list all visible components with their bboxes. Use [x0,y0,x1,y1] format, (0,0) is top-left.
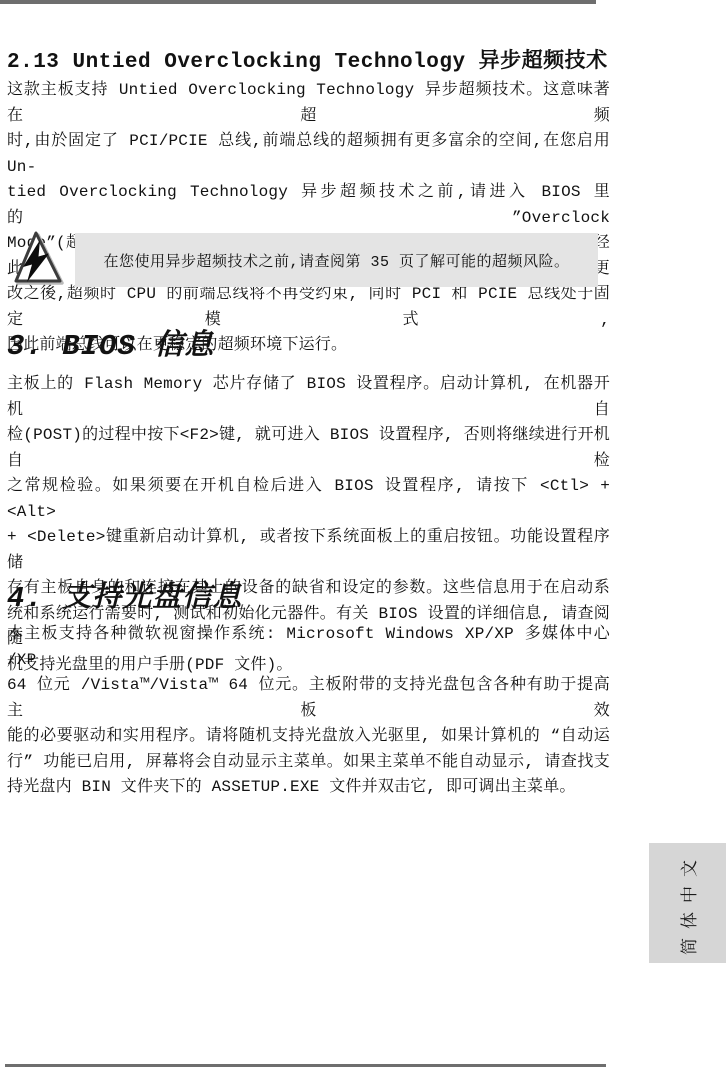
bottom-rule [5,1064,606,1067]
paragraph-line: 行” 功能已启用, 屏幕将会自动显示主菜单。如果主菜单不能自动显示, 请查找支 [7,750,610,776]
paragraph-line: 本主板支持各种微软视窗操作系统: Microsoft Windows XP/XP… [7,622,610,673]
top-rule [0,0,596,4]
paragraph-line: 主板上的 Flash Memory 芯片存储了 BIOS 设置程序。启动计算机,… [7,372,610,423]
paragraph-line: + <Delete>键重新启动计算机, 或者按下系统面板上的重启按钮。功能设置程… [7,525,610,576]
paragraph-line: 检(POST)的过程中按下<F2>键, 就可进入 BIOS 设置程序, 否则将继… [7,423,610,474]
paragraph-line: 能的必要驱动和实用程序。请将随机支持光盘放入光驱里, 如果计算机的 “自动运 [7,724,610,750]
paragraph-line: 这款主板支持 Untied Overclocking Technology 异步… [7,78,610,129]
section-bios-heading: 3. BIOS 信息 [7,322,617,363]
section-213-paragraph: 这款主板支持 Untied Overclocking Technology 异步… [7,78,610,359]
warning-callout: 在您使用异步超频技术之前,请查阅第 35 页了解可能的超频风险。 [0,228,610,292]
manual-page: { "page": { "accent_rule_color": "#6e6e6… [0,0,726,1071]
paragraph-line: 持光盘内 BIN 文件夹下的 ASSETUP.EXE 文件并双击它, 即可调出主… [7,775,610,801]
language-tab-label: 简体中文 [675,851,701,955]
paragraph-line: 之常规检验。如果须要在开机自检后进入 BIOS 设置程序, 请按下 <Ctl> … [7,474,610,525]
section-cd-paragraph: 本主板支持各种微软视窗操作系统: Microsoft Windows XP/XP… [7,622,610,801]
section-213-heading: 2.13 Untied Overclocking Technology 异步超频… [7,44,617,74]
section-cd-heading: 4. 支持光盘信息 [7,574,617,615]
lightning-warning-icon [9,230,65,292]
paragraph-line: tied Overclocking Technology 异步超频技术之前,请进… [7,180,610,231]
language-tab-simplified-chinese: 简体中文 [649,843,726,963]
paragraph-line: 时,由於固定了 PCI/PCIE 总线,前端总线的超频拥有更多富余的空间,在您启… [7,129,610,180]
paragraph-line: 64 位元 /Vista™/Vista™ 64 位元。主板附带的支持光盘包含各种… [7,673,610,724]
warning-text: 在您使用异步超频技术之前,请查阅第 35 页了解可能的超频风险。 [103,250,569,271]
warning-box: 在您使用异步超频技术之前,请查阅第 35 页了解可能的超频风险。 [75,233,598,287]
